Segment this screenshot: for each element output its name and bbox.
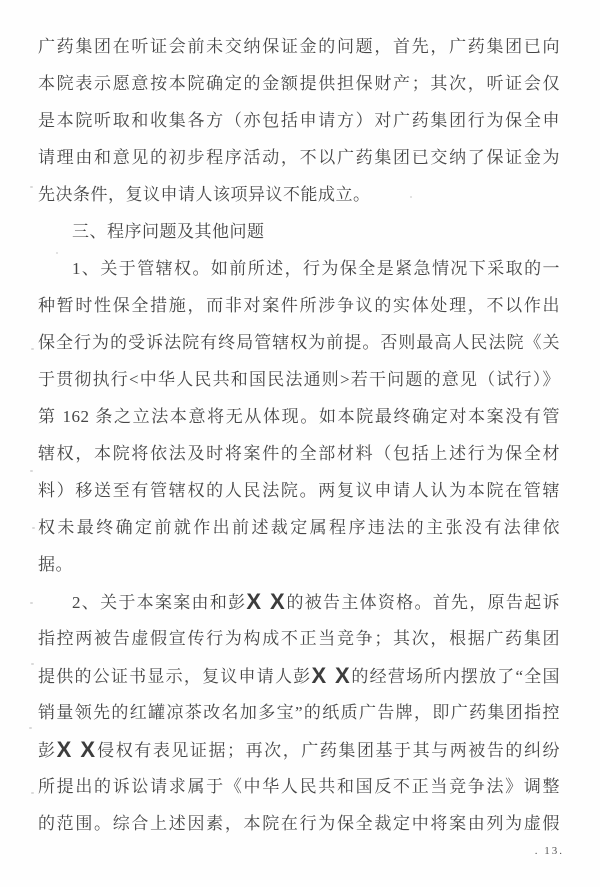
document-line: 种暂时性保全措施，而非对案件所涉争议的实体处理，不以作出	[38, 287, 560, 324]
document-line: 1、关于管辖权。如前所述，行为保全是紧急情况下采取的一	[38, 250, 560, 287]
document-line: 广药集团在听证会前未交纳保证金的问题，首先，广药集团已向	[38, 28, 560, 65]
document-line: 请理由和意见的初步程序活动，不以广药集团已交纳了保证金为	[38, 139, 560, 176]
scan-speck	[31, 348, 34, 350]
scan-speck	[56, 252, 58, 254]
scan-speck	[30, 186, 33, 188]
document-line: 本院表示愿意按本院确定的金额提供担保财产；其次，听证会仅	[38, 65, 560, 102]
document-line: 权未最终确定前就作出前述裁定属程序违法的主张没有法律依	[38, 509, 560, 546]
redacted-name-x-mark: X X	[311, 663, 350, 688]
document-line: 2、关于本案案由和彭X X的被告主体资格。首先，原告起诉	[38, 583, 560, 620]
court-document-page: 广药集团在听证会前未交纳保证金的问题，首先，广药集团已向本院表示愿意按本院确定的…	[0, 0, 600, 887]
redacted-name-x-mark: X X	[57, 737, 97, 762]
document-line: 先决条件，复议申请人该项异议不能成立。	[38, 176, 560, 213]
document-line: 据。	[38, 546, 560, 583]
scan-speck	[29, 727, 32, 729]
document-line: 三、程序问题及其他问题	[38, 213, 560, 250]
document-line: 销量领先的红罐凉茶改名加多宝”的纸质广告牌，即广药集团指控	[38, 694, 560, 731]
document-line: 彭X X侵权有表见证据；再次，广药集团基于其与两被告的纠纷	[38, 731, 560, 768]
document-line: 提供的公证书显示，复议申请人彭X X的经营场所内摆放了“全国	[38, 657, 560, 694]
document-line: 的范围。综合上述因素，本院在行为保全裁定中将案由列为虚假	[38, 805, 560, 842]
document-line: 指控两被告虚假宣传行为构成不正当竞争；其次，根据广药集团	[38, 620, 560, 657]
page-number: . 13.	[535, 845, 564, 857]
document-line: 于贯彻执行<中华人民共和国民法通则>若干问题的意见（试行）》	[38, 361, 560, 398]
document-line: 保全行为的受诉法院有终局管辖权为前提。否则最高人民法院《关	[38, 324, 560, 361]
scan-speck	[31, 663, 34, 665]
scan-speck	[410, 196, 412, 198]
scan-speck	[30, 602, 33, 604]
document-line: 第 162 条之立法本意将无从体现。如本院最终确定对本案没有管	[38, 398, 560, 435]
scan-speck	[30, 470, 33, 472]
document-line: 辖权，本院将依法及时将案件的全部材料（包括上述行为保全材	[38, 435, 560, 472]
scan-speck	[468, 313, 470, 315]
redacted-name-x-mark: X X	[246, 589, 285, 614]
document-line: 是本院听取和收集各方（亦包括申请方）对广药集团行为保全申	[38, 102, 560, 139]
scan-speck	[31, 792, 34, 794]
document-text-block: 广药集团在听证会前未交纳保证金的问题，首先，广药集团已向本院表示愿意按本院确定的…	[38, 28, 560, 842]
document-line: 料）移送至有管辖权的人民法院。两复议申请人认为本院在管辖	[38, 472, 560, 509]
scan-speck	[32, 527, 35, 529]
document-line: 所提出的诉讼请求属于《中华人民共和国反不正当竞争法》调整	[38, 768, 560, 805]
